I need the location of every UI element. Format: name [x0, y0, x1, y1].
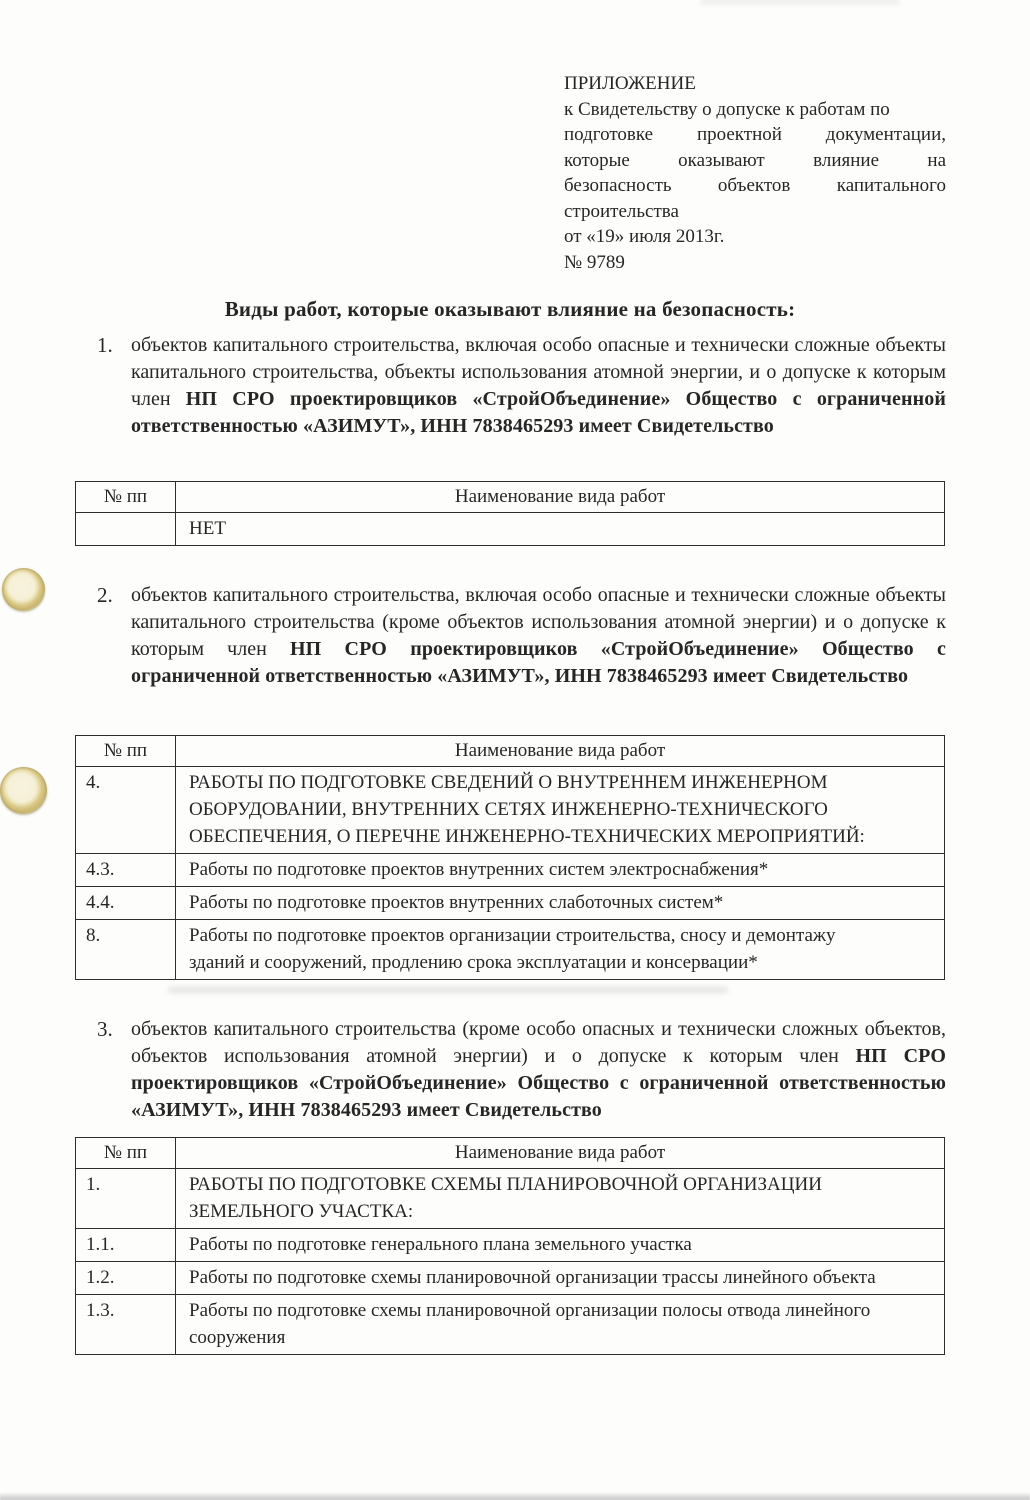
table-header-cell: № пп: [76, 736, 176, 767]
list-item-text-bold: НП СРО проектировщиков «СтройОбъединение…: [131, 388, 946, 437]
table-header-row: № ппНаименование вида работ: [76, 482, 945, 513]
table-cell-number: [76, 513, 176, 546]
page-title: Виды работ, которые оказывают влияние на…: [75, 297, 945, 322]
table-header-cell: Наименование вида работ: [176, 482, 945, 513]
scan-bleed-artifact: [168, 986, 728, 994]
table-cell-work-name: Работы по подготовке проектов внутренних…: [176, 887, 945, 920]
scan-edge-shadow: [0, 1492, 1030, 1500]
header-line: подготовке проектной документации,: [564, 122, 946, 148]
works-table-special: № ппНаименование вида работ4.РАБОТЫ ПО П…: [75, 735, 945, 980]
table-header-cell: № пп: [76, 1138, 176, 1169]
list-item-number: 3.: [97, 1016, 131, 1043]
header-line: безопасность объектов капитального: [564, 173, 946, 199]
table-cell-number: 4.: [76, 767, 176, 854]
works-table-none: № ппНаименование вида работНЕТ: [75, 481, 945, 546]
list-item-text-normal: объектов капитального строительства (кро…: [131, 1018, 946, 1067]
table-cell-work-name: Работы по подготовке схемы планировочной…: [176, 1295, 945, 1355]
header-line: ПРИЛОЖЕНИЕ: [564, 71, 946, 97]
table-cell-number: 4.3.: [76, 854, 176, 887]
table-cell-work-name: НЕТ: [176, 513, 945, 546]
table-row: 4.4.Работы по подготовке проектов внутре…: [76, 887, 945, 920]
list-item-number: 1.: [97, 332, 131, 359]
table-row: 1.1.Работы по подготовке генерального пл…: [76, 1229, 945, 1262]
table-cell-number: 1.2.: [76, 1262, 176, 1295]
table-cell-work-name: Работы по подготовке схемы планировочной…: [176, 1262, 945, 1295]
table-cell-number: 4.4.: [76, 887, 176, 920]
header-line: от «19» июля 2013г.: [564, 224, 946, 250]
table-cell-number: 1.1.: [76, 1229, 176, 1262]
table-cell-work-name: РАБОТЫ ПО ПОДГОТОВКЕ СХЕМЫ ПЛАНИРОВОЧНОЙ…: [176, 1169, 945, 1229]
header-line: которые оказывают влияние на: [564, 148, 946, 174]
list-item-text: объектов капитального строительства (кро…: [131, 1016, 946, 1124]
table-cell-work-name: РАБОТЫ ПО ПОДГОТОВКЕ СВЕДЕНИЙ О ВНУТРЕНН…: [176, 767, 945, 854]
table-cell-number: 1.: [76, 1169, 176, 1229]
list-item: 2. объектов капитального строительства, …: [97, 582, 946, 690]
scan-bleed-artifact: [700, 0, 900, 4]
table-row: НЕТ: [76, 513, 945, 546]
binding-grommet-icon: [0, 767, 47, 814]
table-cell-work-name: Работы по подготовке проектов внутренних…: [176, 854, 945, 887]
table-header-cell: Наименование вида работ: [176, 1138, 945, 1169]
binding-grommet-icon: [2, 568, 45, 611]
header-line: № 9789: [564, 250, 946, 276]
table-cell-work-name: Работы по подготовке проектов организаци…: [176, 920, 945, 980]
table-row: 4.3.Работы по подготовке проектов внутре…: [76, 854, 945, 887]
document-header: ПРИЛОЖЕНИЕ к Свидетельству о допуске к р…: [564, 71, 946, 275]
table-row: 1.3.Работы по подготовке схемы планирово…: [76, 1295, 945, 1355]
list-item: 1. объектов капитального строительства, …: [97, 332, 946, 440]
table-header-cell: Наименование вида работ: [176, 736, 945, 767]
header-line: строительства: [564, 199, 946, 225]
table-row: 1.РАБОТЫ ПО ПОДГОТОВКЕ СХЕМЫ ПЛАНИРОВОЧН…: [76, 1169, 945, 1229]
list-item-text: объектов капитального строительства, вкл…: [131, 332, 946, 440]
table-header-row: № ппНаименование вида работ: [76, 736, 945, 767]
table-row: 8.Работы по подготовке проектов организа…: [76, 920, 945, 980]
list-item: 3. объектов капитального строительства (…: [97, 1016, 946, 1124]
table-cell-number: 1.3.: [76, 1295, 176, 1355]
header-line: к Свидетельству о допуске к работам по: [564, 97, 946, 123]
table-cell-work-name: Работы по подготовке генерального плана …: [176, 1229, 945, 1262]
table-header-cell: № пп: [76, 482, 176, 513]
works-table-general: № ппНаименование вида работ1.РАБОТЫ ПО П…: [75, 1137, 945, 1355]
table-row: 4.РАБОТЫ ПО ПОДГОТОВКЕ СВЕДЕНИЙ О ВНУТРЕ…: [76, 767, 945, 854]
table-header-row: № ппНаименование вида работ: [76, 1138, 945, 1169]
table-cell-number: 8.: [76, 920, 176, 980]
list-item-text: объектов капитального строительства, вкл…: [131, 582, 946, 690]
table-row: 1.2.Работы по подготовке схемы планирово…: [76, 1262, 945, 1295]
document-page: ПРИЛОЖЕНИЕ к Свидетельству о допуске к р…: [0, 0, 1030, 1500]
list-item-number: 2.: [97, 582, 131, 609]
